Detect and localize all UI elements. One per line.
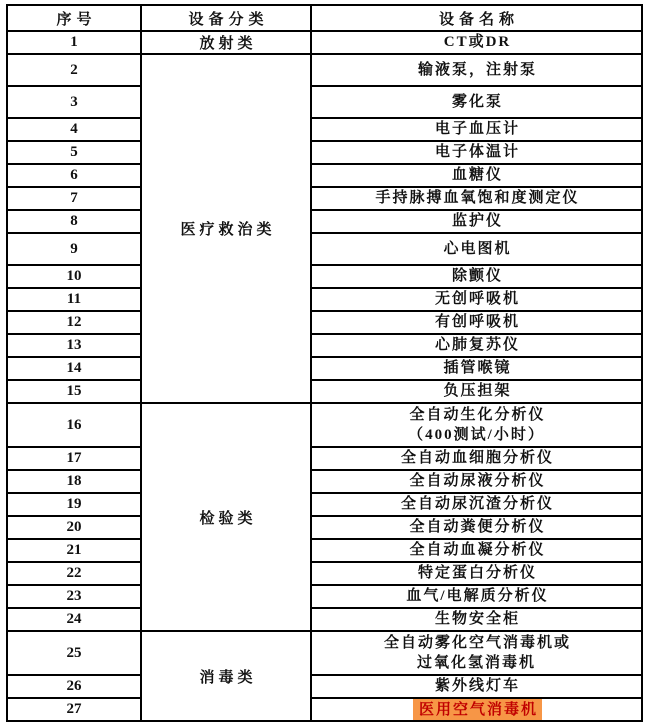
row-number-cell: 23	[7, 585, 141, 608]
row-number-cell: 21	[7, 539, 141, 562]
document-page: 序号设备分类设备名称 1放射类CT或DR2医疗救治类输液泵，注射泵3雾化泵4电子…	[6, 4, 643, 722]
table-row: 26紫外线灯车	[7, 675, 642, 698]
table-row: 8监护仪	[7, 210, 642, 233]
row-number-cell: 3	[7, 86, 141, 118]
row-number-cell: 17	[7, 447, 141, 470]
equipment-name-cell: 除颤仪	[311, 265, 642, 288]
equipment-name-cell: 输液泵，注射泵	[311, 54, 642, 86]
row-number-cell: 20	[7, 516, 141, 539]
row-number-cell: 11	[7, 288, 141, 311]
row-number-cell: 13	[7, 334, 141, 357]
table-row: 24生物安全柜	[7, 608, 642, 631]
table-row: 2医疗救治类输液泵，注射泵	[7, 54, 642, 86]
equipment-name-cell: 全自动血细胞分析仪	[311, 447, 642, 470]
table-row: 1放射类CT或DR	[7, 31, 642, 54]
table-row: 27医用空气消毒机	[7, 698, 642, 721]
header-row: 序号设备分类设备名称	[7, 5, 642, 31]
category-cell: 放射类	[141, 31, 311, 54]
table-row: 21全自动血凝分析仪	[7, 539, 642, 562]
equipment-name-cell: 监护仪	[311, 210, 642, 233]
table-row: 10除颤仪	[7, 265, 642, 288]
row-number-cell: 12	[7, 311, 141, 334]
equipment-table: 序号设备分类设备名称 1放射类CT或DR2医疗救治类输液泵，注射泵3雾化泵4电子…	[6, 4, 643, 722]
table-row: 4电子血压计	[7, 118, 642, 141]
column-header: 序号	[7, 5, 141, 31]
row-number-cell: 8	[7, 210, 141, 233]
table-body: 1放射类CT或DR2医疗救治类输液泵，注射泵3雾化泵4电子血压计5电子体温计6血…	[7, 31, 642, 721]
equipment-name-cell: 全自动生化分析仪 （400测试/小时）	[311, 403, 642, 447]
equipment-name-cell: 全自动雾化空气消毒机或 过氧化氢消毒机	[311, 631, 642, 675]
row-number-cell: 15	[7, 380, 141, 403]
table-row: 6血糖仪	[7, 164, 642, 187]
row-number-cell: 18	[7, 470, 141, 493]
table-row: 17全自动血细胞分析仪	[7, 447, 642, 470]
equipment-name-cell: 心电图机	[311, 233, 642, 265]
equipment-name-cell: 插管喉镜	[311, 357, 642, 380]
table-row: 9心电图机	[7, 233, 642, 265]
equipment-name-cell: 医用空气消毒机	[311, 698, 642, 721]
row-number-cell: 22	[7, 562, 141, 585]
row-number-cell: 19	[7, 493, 141, 516]
row-number-cell: 26	[7, 675, 141, 698]
equipment-name-cell: 紫外线灯车	[311, 675, 642, 698]
equipment-name-cell: 全自动血凝分析仪	[311, 539, 642, 562]
equipment-name-cell: 心肺复苏仪	[311, 334, 642, 357]
table-row: 5电子体温计	[7, 141, 642, 164]
table-row: 14插管喉镜	[7, 357, 642, 380]
row-number-cell: 27	[7, 698, 141, 721]
table-row: 20全自动粪便分析仪	[7, 516, 642, 539]
equipment-name-cell: 雾化泵	[311, 86, 642, 118]
equipment-name-cell: 生物安全柜	[311, 608, 642, 631]
table-row: 11无创呼吸机	[7, 288, 642, 311]
equipment-name-cell: 全自动尿液分析仪	[311, 470, 642, 493]
table-row: 7手持脉搏血氧饱和度测定仪	[7, 187, 642, 210]
row-number-cell: 7	[7, 187, 141, 210]
equipment-name-cell: 有创呼吸机	[311, 311, 642, 334]
equipment-name-cell: 全自动尿沉渣分析仪	[311, 493, 642, 516]
row-number-cell: 10	[7, 265, 141, 288]
row-number-cell: 16	[7, 403, 141, 447]
equipment-name-cell: 全自动粪便分析仪	[311, 516, 642, 539]
equipment-name-cell: 血糖仪	[311, 164, 642, 187]
row-number-cell: 5	[7, 141, 141, 164]
table-row: 22特定蛋白分析仪	[7, 562, 642, 585]
equipment-name-cell: 负压担架	[311, 380, 642, 403]
highlighted-equipment-name: 医用空气消毒机	[413, 699, 542, 720]
table-row: 3雾化泵	[7, 86, 642, 118]
table-row: 19全自动尿沉渣分析仪	[7, 493, 642, 516]
row-number-cell: 4	[7, 118, 141, 141]
table-row: 12有创呼吸机	[7, 311, 642, 334]
row-number-cell: 2	[7, 54, 141, 86]
equipment-name-cell: 手持脉搏血氧饱和度测定仪	[311, 187, 642, 210]
equipment-name-cell: 电子体温计	[311, 141, 642, 164]
equipment-name-cell: 血气/电解质分析仪	[311, 585, 642, 608]
row-number-cell: 14	[7, 357, 141, 380]
row-number-cell: 9	[7, 233, 141, 265]
row-number-cell: 24	[7, 608, 141, 631]
category-cell: 医疗救治类	[141, 54, 311, 403]
equipment-name-cell: 无创呼吸机	[311, 288, 642, 311]
column-header: 设备分类	[141, 5, 311, 31]
row-number-cell: 1	[7, 31, 141, 54]
table-row: 15负压担架	[7, 380, 642, 403]
category-cell: 检验类	[141, 403, 311, 631]
equipment-name-cell: CT或DR	[311, 31, 642, 54]
row-number-cell: 25	[7, 631, 141, 675]
equipment-name-cell: 特定蛋白分析仪	[311, 562, 642, 585]
row-number-cell: 6	[7, 164, 141, 187]
equipment-name-cell: 电子血压计	[311, 118, 642, 141]
table-row: 18全自动尿液分析仪	[7, 470, 642, 493]
table-row: 23血气/电解质分析仪	[7, 585, 642, 608]
table-row: 25消毒类全自动雾化空气消毒机或 过氧化氢消毒机	[7, 631, 642, 675]
column-header: 设备名称	[311, 5, 642, 31]
category-cell: 消毒类	[141, 631, 311, 721]
table-row: 16检验类全自动生化分析仪 （400测试/小时）	[7, 403, 642, 447]
table-row: 13心肺复苏仪	[7, 334, 642, 357]
